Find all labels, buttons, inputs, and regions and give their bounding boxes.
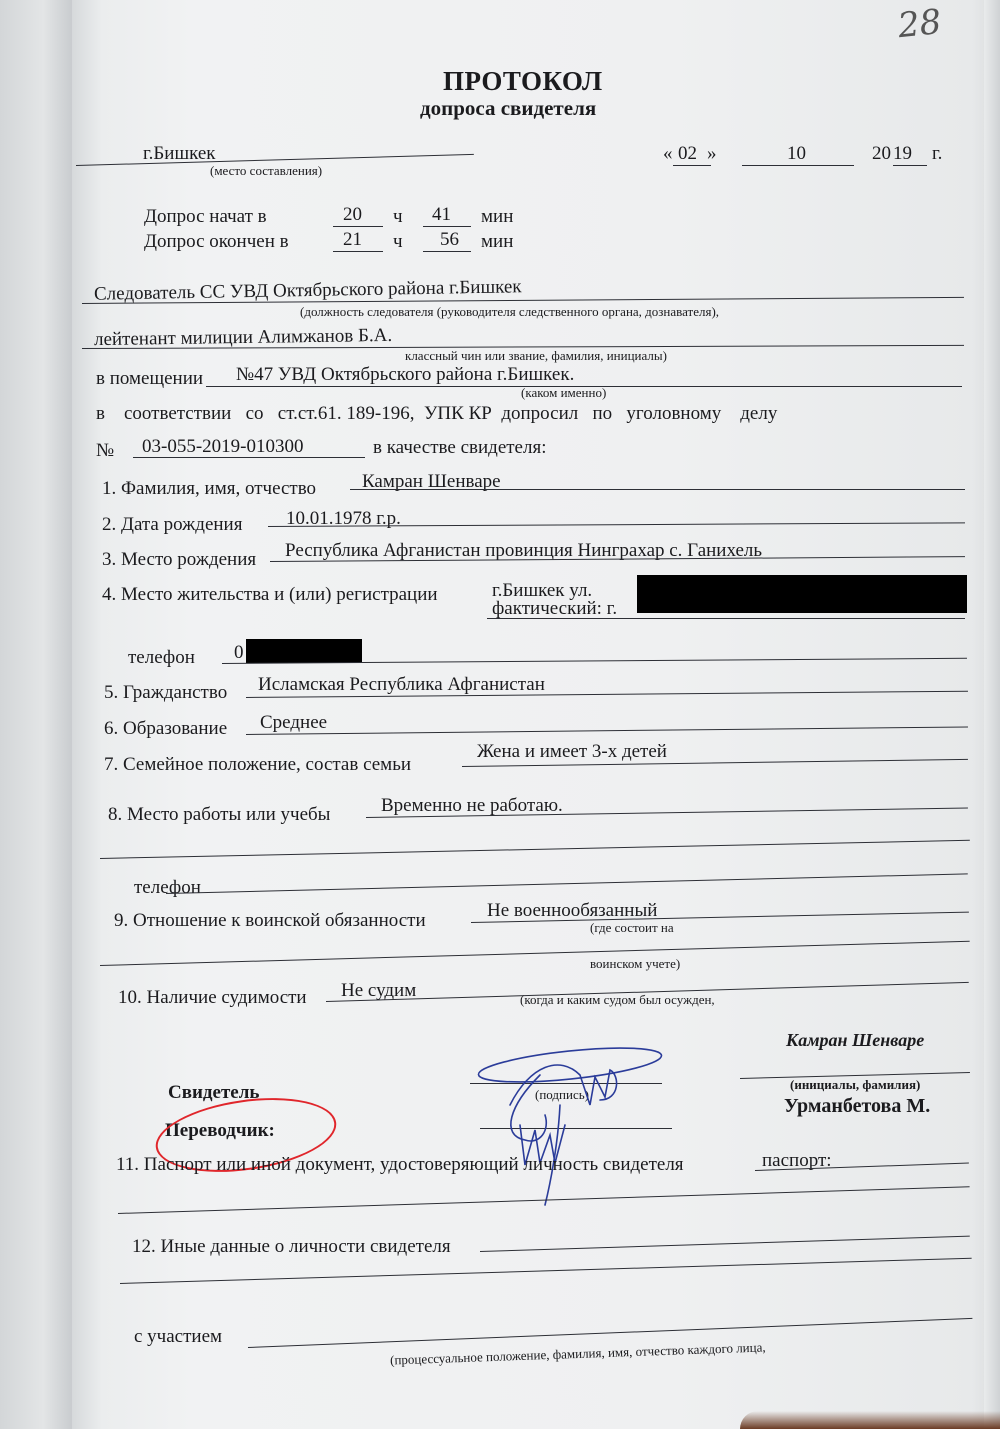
case-number: 03-055-2019-010300: [142, 436, 303, 458]
field-label-family: 7. Семейное положение, состав семьи: [104, 754, 411, 776]
end-label: Допрос окончен в: [144, 231, 289, 253]
field-value-family: Жена и имеет 3-х детей: [477, 741, 667, 763]
field-value-education: Среднее: [260, 712, 327, 734]
field-line-fio: [350, 489, 965, 490]
binder-spine: [0, 0, 72, 1429]
field-label-birthplace: 3. Место рождения: [102, 549, 256, 571]
page-edge: [984, 0, 1000, 1429]
field-label-citizenship: 5. Гражданство: [104, 682, 227, 704]
field-label-residence: 4. Место жительства и (или) регистрации: [102, 584, 438, 606]
date-day: 02: [678, 143, 697, 165]
interpreter-name: Урманбетова М.: [784, 1095, 930, 1118]
end-hour-line: [333, 251, 383, 252]
participation-label: с участием: [134, 1326, 222, 1348]
end-hour-unit: ч: [393, 231, 403, 253]
field-value-citizenship: Исламская Республика Афганистан: [258, 674, 545, 696]
start-hour-unit: ч: [393, 206, 403, 228]
field-label-birthdate: 2. Дата рождения: [102, 514, 242, 536]
field-label-education: 6. Образование: [104, 718, 227, 740]
case-number-line: [133, 457, 365, 458]
date-day-line: [673, 165, 711, 166]
date-close-quote: »: [707, 143, 717, 165]
legal-text: в соответствии со ст.ст.61. 189-196, УПК…: [96, 403, 777, 425]
end-hour: 21: [343, 229, 362, 251]
field-caption-military-2: воинском учете): [590, 956, 680, 972]
end-min-unit: мин: [481, 231, 513, 253]
date-year-unit: г.: [932, 143, 942, 165]
field-label-work-phone: телефон: [134, 877, 201, 899]
date-month-line: [742, 165, 854, 166]
field-label-phone: телефон: [128, 647, 195, 669]
field-caption-military-1: (где состоит на: [590, 920, 674, 936]
page-title: ПРОТОКОЛ: [443, 66, 603, 97]
witness-name: Камран Шенваре: [786, 1030, 924, 1051]
start-hour: 20: [343, 204, 362, 226]
room-label: в помещении: [96, 368, 203, 390]
field-label-fio: 1. Фамилия, имя, отчество: [102, 478, 316, 500]
redacted-phone: [246, 639, 362, 663]
start-label: Допрос начат в: [144, 206, 267, 228]
field-label-other: 12. Иные данные о личности свидетеля: [132, 1236, 451, 1258]
place-caption: (место составления): [210, 163, 322, 179]
investigator-rank-caption: классный чин или звание, фамилия, инициа…: [405, 348, 667, 364]
field-line-residence: [487, 618, 965, 619]
room-caption: (каком именно): [521, 385, 606, 401]
end-min: 56: [440, 229, 459, 251]
start-min: 41: [432, 204, 451, 226]
field-caption-criminal: (когда и каким судом был осужден,: [520, 992, 715, 1008]
date-year-line: [893, 165, 927, 166]
start-min-line: [423, 226, 471, 227]
handwritten-page-number: 28: [896, 2, 943, 46]
date-month: 10: [787, 143, 806, 165]
redacted-address: [637, 575, 967, 613]
case-number-label: №: [96, 440, 114, 462]
name-caption: (инициалы, фамилия): [790, 1077, 920, 1093]
start-min-unit: мин: [481, 206, 513, 228]
date-year-suffix: 19: [893, 143, 912, 165]
field-label-criminal: 10. Наличие судимости: [118, 987, 307, 1009]
page-subtitle: допроса свидетеля: [420, 96, 596, 121]
start-hour-line: [333, 226, 383, 227]
room-value: №47 УВД Октябрьского района г.Бишкек.: [236, 364, 574, 386]
field-value-residence-line2: фактический: г.: [492, 598, 617, 620]
field-label-military: 9. Отношение к воинской обязанности: [114, 910, 426, 932]
field-label-work: 8. Место работы или учебы: [108, 804, 330, 826]
investigator-position-caption: (должность следователя (руководителя сле…: [300, 304, 719, 320]
field-label-passport: 11. Паспорт или иной документ, удостовер…: [116, 1154, 684, 1176]
date-open-quote: «: [663, 143, 673, 165]
date-year-prefix: 20: [872, 143, 891, 165]
case-suffix: в качестве свидетеля:: [373, 437, 547, 459]
end-min-line: [423, 251, 471, 252]
desk-shadow: [740, 1411, 1000, 1429]
field-value-phone: 0: [234, 642, 244, 664]
